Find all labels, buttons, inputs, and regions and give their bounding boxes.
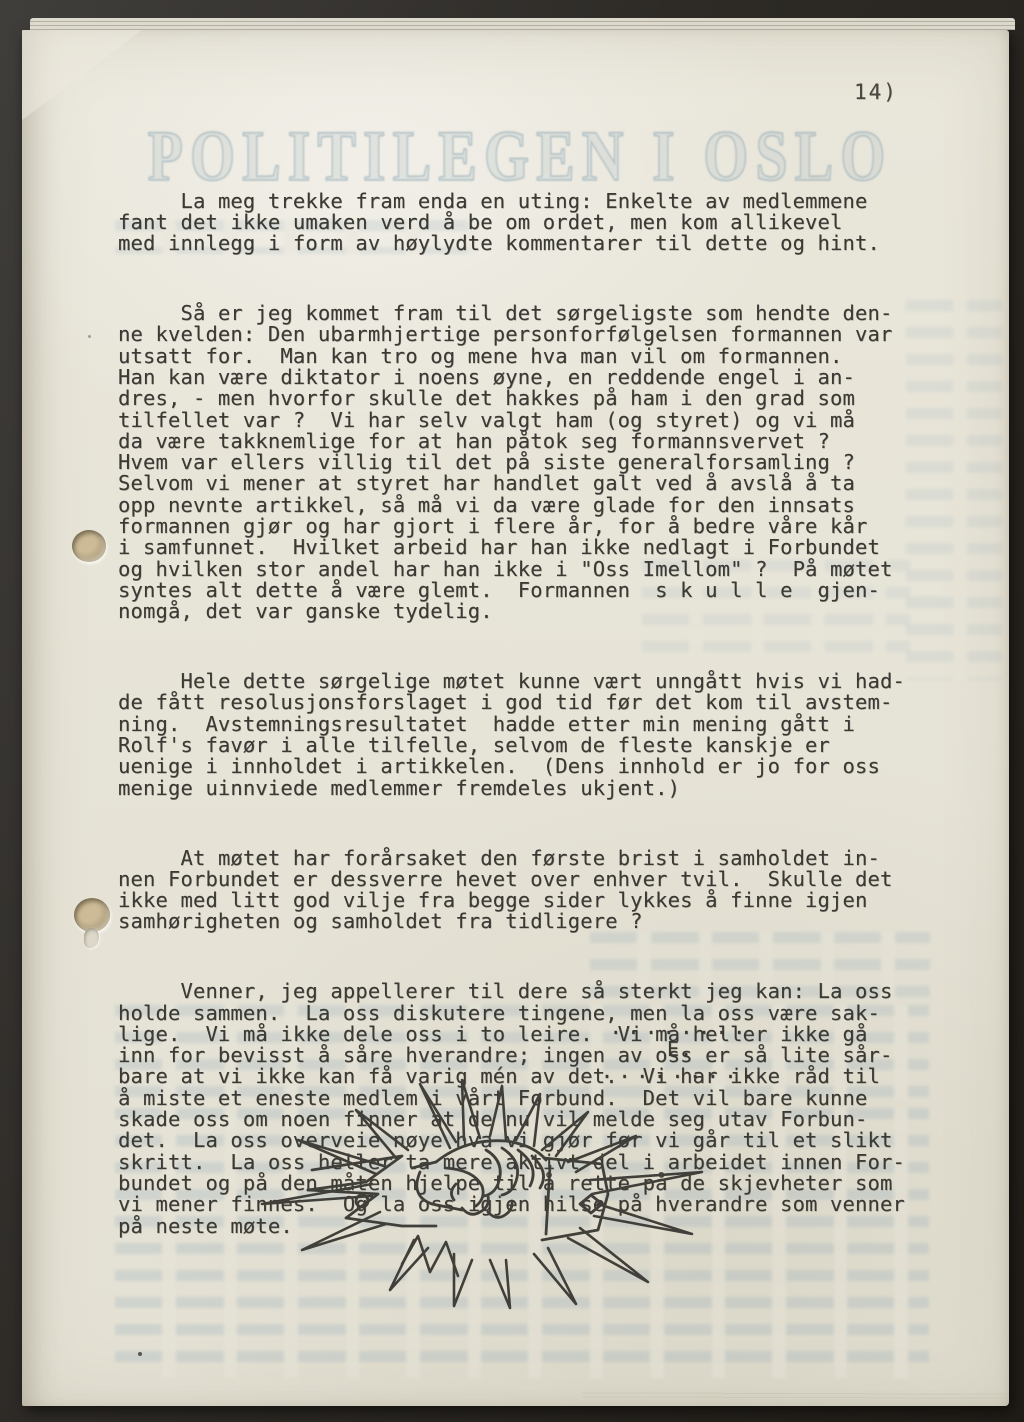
paper-speck [88, 335, 91, 338]
page-number: 14) [854, 80, 898, 104]
under-sheet-corner [22, 30, 142, 120]
signature-block: ........ E. ......... [560, 1016, 800, 1082]
handshake-illustration [250, 1076, 710, 1316]
typed-paragraph: La meg trekke fram enda en uting: Enkelt… [118, 191, 930, 255]
sheet-stack-edges [30, 18, 1015, 30]
bottom-sheet-edges [582, 1389, 1006, 1400]
handshake-hands [412, 1141, 546, 1218]
document-page: POLITILEGEN I OSLO 14) La meg trekke fra… [22, 30, 1009, 1406]
paper-speck [138, 1352, 142, 1356]
signature-initial: E. [560, 1038, 800, 1060]
typed-paragraph: At møtet har forårsaket den første brist… [118, 848, 930, 933]
punch-hole-top [72, 530, 106, 562]
typed-paragraph: Så er jeg kommet fram til det sørgeligst… [118, 303, 930, 622]
typed-paragraph: Hele dette sørgelige møtet kunne vært un… [118, 671, 930, 799]
punch-hole-bottom [74, 898, 110, 932]
signature-dots-top: ........ [560, 1016, 800, 1038]
right-sleeve [542, 1158, 608, 1240]
